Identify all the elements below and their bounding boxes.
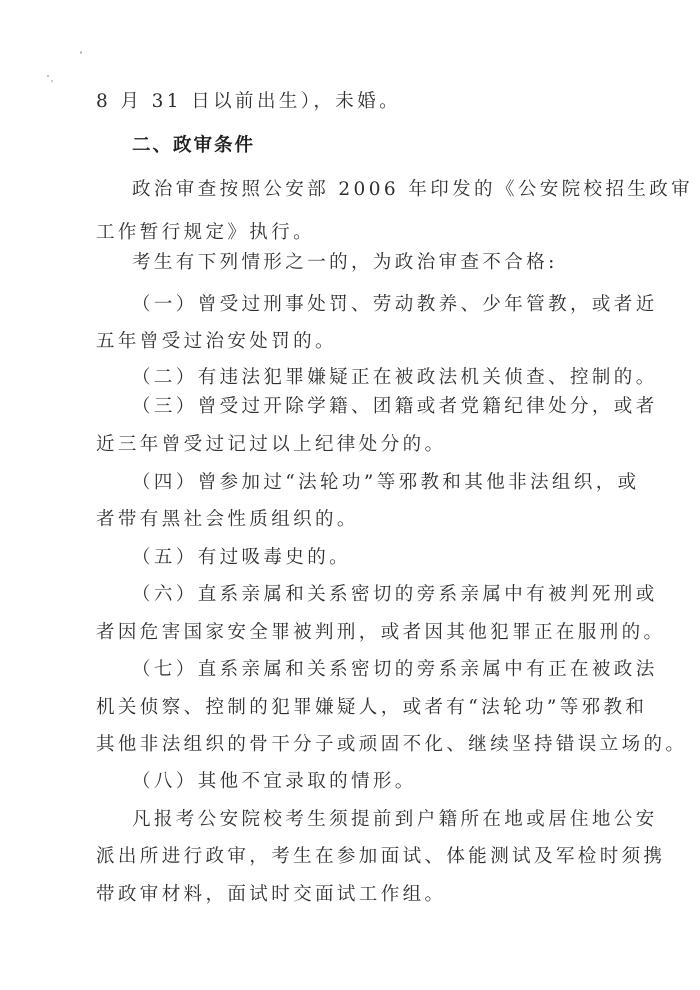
item-4-line-2: 者带有黑社会性质组织的。 bbox=[96, 508, 359, 532]
item-3-line-2: 近三年曾受过记过以上纪律处分的。 bbox=[96, 433, 446, 457]
item-7-line-2: 机关侦察、控制的犯罪嫌疑人，或者有“法轮功”等邪教和 bbox=[96, 696, 647, 720]
item-8: （八）其他不宜录取的情形。 bbox=[132, 770, 417, 794]
item-7-line-3: 其他非法组织的骨干分子或顽固不化、继续坚持错误立场的。 bbox=[96, 733, 687, 757]
item-1-line-1: （一）曾受过刑事处罚、劳动教养、少年管教，或者近 bbox=[132, 293, 658, 317]
item-5: （五）有过吸毒史的。 bbox=[132, 546, 351, 570]
scan-speck bbox=[51, 80, 53, 82]
item-6-line-2: 者因危害国家安全罪被判刑，或者因其他犯罪正在服刑的。 bbox=[96, 621, 665, 645]
item-7-line-1: （七）直系亲属和关系密切的旁系亲属中有正在被政法 bbox=[132, 658, 658, 682]
item-3-line-1: （三）曾受过开除学籍、团籍或者党籍纪律处分，或者 bbox=[132, 395, 658, 419]
paragraph-disqualify-intro: 考生有下列情形之一的，为政治审查不合格: bbox=[132, 251, 558, 275]
paragraph-procedure-line-3: 带政审材料，面试时交面试工作组。 bbox=[96, 883, 446, 907]
paragraph-procedure-line-1: 凡报考公安院校考生须提前到户籍所在地或居住地公安 bbox=[132, 808, 658, 832]
section-heading-political-review: 二、政审条件 bbox=[132, 134, 255, 158]
paragraph-procedure-line-2: 派出所进行政审，考生在参加面试、体能测试及军检时须携 bbox=[96, 845, 665, 869]
scan-speck bbox=[47, 75, 49, 77]
text-line-birth-marital: 8 月 31 日以前出生），未婚。 bbox=[96, 90, 401, 114]
item-4-line-1: （四）曾参加过“法轮功”等邪教和其他非法组织，或 bbox=[132, 471, 640, 495]
paragraph-review-basis-line-1: 政治审查按照公安部 2006 年印发的《公安院校招生政审 bbox=[132, 178, 693, 202]
paragraph-review-basis-line-2: 工作暂行规定》执行。 bbox=[96, 221, 315, 245]
item-6-line-1: （六）直系亲属和关系密切的旁系亲属中有被判死刑或 bbox=[132, 583, 658, 607]
document-page: 8 月 31 日以前出生），未婚。 二、政审条件 政治审查按照公安部 2006 … bbox=[0, 0, 700, 990]
item-2: （二）有违法犯罪嫌疑正在被政法机关侦查、控制的。 bbox=[132, 366, 658, 390]
item-1-line-2: 五年曾受过治安处罚的。 bbox=[96, 330, 337, 354]
scan-speck bbox=[80, 51, 82, 54]
